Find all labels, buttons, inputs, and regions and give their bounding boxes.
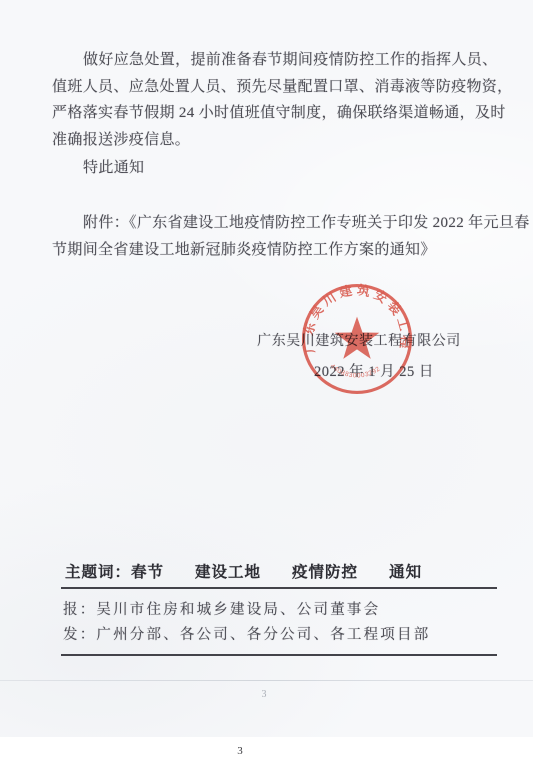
attachment-block: 附件：《广东省建设工地疫情防控工作专班关于印发 2022 年元旦春 节期间全省建… bbox=[52, 210, 492, 263]
body-paragraph: 做好应急处置，提前准备春节期间疫情防控工作的指挥人员、 值班人员、应急处置人员、… bbox=[52, 47, 492, 153]
company-seal-icon: 广东吴川建筑安装工程有限公司 4408830003292 bbox=[296, 278, 418, 400]
document-footer: 主题词：春节建设工地疫情防控通知 报：吴川市住房和城乡建设局、公司董事会 发：广… bbox=[61, 558, 497, 656]
document-page: 做好应急处置，提前准备春节期间疫情防控工作的指挥人员、 值班人员、应急处置人员、… bbox=[0, 0, 533, 737]
distribute-to-row: 发：广州分部、各公司、各分公司、各工程项目部 bbox=[61, 623, 497, 656]
attachment-line: 附件：《广东省建设工地疫情防控工作专班关于印发 2022 年元旦春 bbox=[52, 210, 492, 237]
scanned-page-number: 3 bbox=[258, 689, 270, 700]
keyword: 春节 bbox=[131, 564, 164, 581]
body-paragraph-line: 做好应急处置，提前准备春节期间疫情防控工作的指挥人员、 bbox=[52, 47, 492, 74]
seal-star-icon bbox=[335, 317, 380, 359]
viewer-page-number: 3 bbox=[233, 745, 247, 757]
keyword: 建设工地 bbox=[195, 564, 261, 581]
closing-text: 特此通知 bbox=[52, 155, 492, 182]
subject-label: 主题词： bbox=[65, 564, 131, 581]
seal-serial-number: 4408830003292 bbox=[329, 363, 382, 380]
body-paragraph-line: 严格落实春节假期 24 小时值班值守制度，确保联络渠道畅通，及时 bbox=[52, 100, 492, 127]
keyword: 疫情防控 bbox=[292, 564, 358, 581]
attachment-line: 节期间全省建设工地新冠肺炎疫情防控工作方案的通知》 bbox=[52, 237, 492, 264]
closing-line: 特此通知 bbox=[52, 155, 492, 182]
report-to-row: 报：吴川市住房和城乡建设局、公司董事会 bbox=[61, 598, 497, 623]
body-paragraph-line: 准确报送涉疫信息。 bbox=[52, 127, 492, 154]
body-paragraph-line: 值班人员、应急处置人员、预先尽量配置口罩、消毒液等防疫物资， bbox=[52, 74, 492, 101]
keyword: 通知 bbox=[389, 564, 422, 581]
subject-keywords-row: 主题词：春节建设工地疫情防控通知 bbox=[61, 558, 497, 589]
scan-fold-line bbox=[0, 680, 533, 681]
svg-text:4408830003292: 4408830003292 bbox=[329, 363, 382, 380]
